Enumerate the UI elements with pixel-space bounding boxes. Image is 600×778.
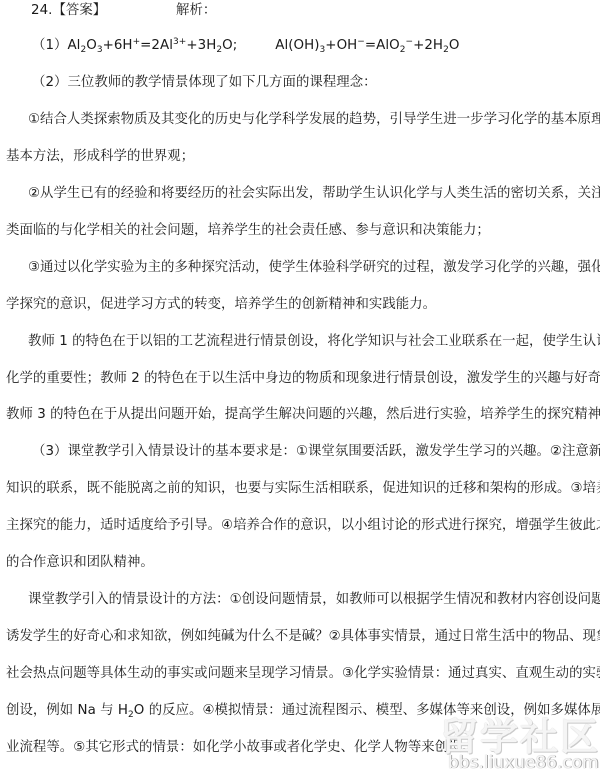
equation-2: Al(OH)3+OH−=AlO2−+2H2O (275, 38, 459, 53)
part3-heading: （3）课堂教学引入情景设计的基本要求是：①课堂氛围要活跃，激发学生学习的兴趣。②… (32, 443, 594, 461)
paragraph-line: 诱发学生的好奇心和求知欲，例如纯碱为什么不是碱？②具体事实情景，通过日常生活中的… (6, 628, 594, 646)
paragraph-line: 化学的重要性；教师 2 的特色在于以生活中身边的物质和现象进行情景创设，激发学生… (6, 370, 594, 388)
paragraph-line: 课堂教学引入的情景设计的方法：①创设问题情景，如教师可以根据学生情况和教材内容创… (28, 591, 594, 609)
paragraph-line: 知识的联系，既不能脱离之前的知识，也要与实际生活相联系，促进知识的迁移和架构的形… (6, 480, 594, 498)
paragraph-line: 教师 1 的特色在于以铝的工艺流程进行情景创设，将化学知识与社会工业联系在一起，… (28, 333, 594, 351)
answer-part1-equations: （1）Al2O3+6H+=2Al3++3H2O;Al(OH)3+OH−=AlO2… (32, 37, 594, 55)
part2-heading: （2）三位教师的教学情景体现了如下几方面的课程理念： (32, 74, 594, 92)
part1-label: （1） (32, 38, 67, 53)
analysis-label: 解析： (176, 2, 594, 20)
paragraph-line: 主探究的能力，适时适度给予引导。④培养合作的意识，以小组讨论的形式进行探究，增强… (6, 517, 594, 535)
paragraph-line: ①结合人类探索物质及其变化的历史与化学科学发展的趋势，引导学生进一步学习化学的基… (28, 111, 594, 129)
paragraph-line: 的合作意识和团队精神。 (6, 554, 594, 572)
paragraph-line: 类面临的与化学相关的社会问题，培养学生的社会责任感、参与意识和决策能力； (6, 222, 594, 240)
watermark-brand: 留学社区 (440, 718, 600, 756)
paragraph-line: ③通过以化学实验为主的多种探究活动，使学生体验科学研究的过程，激发学习化学的兴趣… (28, 259, 594, 277)
document-page: 24.【答案】 解析： （1）Al2O3+6H+=2Al3++3H2O;Al(O… (0, 0, 600, 778)
paragraph-line: 社会热点问题等具体生动的事实或问题来呈现学习情景。③化学实验情景：通过真实、直观… (6, 665, 594, 683)
paragraph-line: 学探究的意识，促进学习方式的转变，培养学生的创新精神和实践能力。 (6, 296, 594, 314)
paragraph-line: 基本方法，形成科学的世界观； (6, 148, 594, 166)
paragraph-line: 教师 3 的特色在于从提出问题开始，提高学生解决问题的兴趣，然后进行实验，培养学… (6, 406, 594, 424)
paragraph-line: ②从学生已有的经验和将要经历的社会实际出发，帮助学生认识化学与人类生活的密切关系… (28, 185, 594, 203)
equation-1: Al2O3+6H+=2Al3++3H2O; (67, 38, 237, 53)
watermark-url: bbs.liuxue86.com (448, 754, 599, 772)
